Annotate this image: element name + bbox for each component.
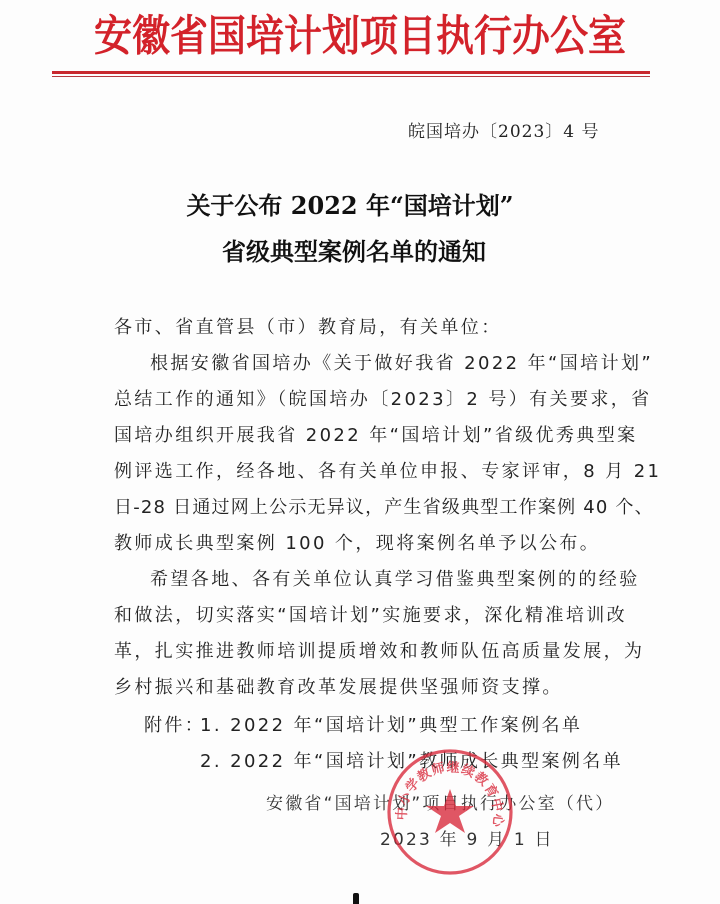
- paragraph2-line: 和做法，切实落实“国培计划”实施要求，深化精准培训改: [114, 601, 627, 627]
- document-number: 皖国培办〔2023〕4 号: [408, 117, 599, 142]
- paragraph1-line: 例评选工作，经各地、各有关单位申报、专家评审，8 月 21: [114, 457, 661, 483]
- paragraph1-line: 根据安徽省国培办《关于做好我省 2022 年“国培计划”: [150, 349, 653, 375]
- letterhead-title: 安徽省国培计划项目执行办公室: [0, 9, 720, 63]
- paragraph1-line: 日-28 日通过网上公示无异议，产生省级典型工作案例 40 个、: [114, 493, 654, 519]
- letterhead-rule-thick: [52, 71, 650, 74]
- signature-issuer: 安徽省“国培计划”项目执行办公室（代）: [266, 789, 614, 814]
- document-page: 安徽省国培计划项目执行办公室 皖国培办〔2023〕4 号 关于公布 2022 年…: [0, 0, 720, 904]
- paragraph2-line: 乡村振兴和基础教育改革发展提供坚强师资支撑。: [114, 673, 563, 699]
- document-title-line1: 关于公布 2022 年“国培计划”: [0, 186, 710, 221]
- document-title-line2: 省级典型案例名单的通知: [0, 232, 714, 267]
- paragraph2-line: 希望各地、各有关单位认真学习借鉴典型案例的的经验: [150, 565, 640, 591]
- signature-date: 2023 年 9 月 1 日: [380, 825, 554, 850]
- attachments-label: 附件：: [144, 711, 205, 737]
- page-number-mark: [353, 893, 359, 904]
- attachment-item-1: 1. 2022 年“国培计划”典型工作案例名单: [200, 711, 582, 737]
- salutation: 各市、省直管县（市）教育局，有关单位：: [114, 313, 502, 339]
- paragraph1-line: 国培办组织开展我省 2022 年“国培计划”省级优秀典型案: [114, 421, 638, 447]
- paragraph2-line: 革，扎实推进教师培训提质增效和教师队伍高质量发展，为: [114, 637, 644, 663]
- paragraph1-line: 总结工作的通知》（皖国培办〔2023〕2 号）有关要求，省: [114, 385, 652, 411]
- paragraph1-line: 教师成长典型案例 100 个，现将案例名单予以公布。: [114, 529, 600, 555]
- attachment-item-2: 2. 2022 年“国培计划”教师成长典型案例名单: [200, 747, 623, 773]
- letterhead-rule-thin: [52, 76, 650, 77]
